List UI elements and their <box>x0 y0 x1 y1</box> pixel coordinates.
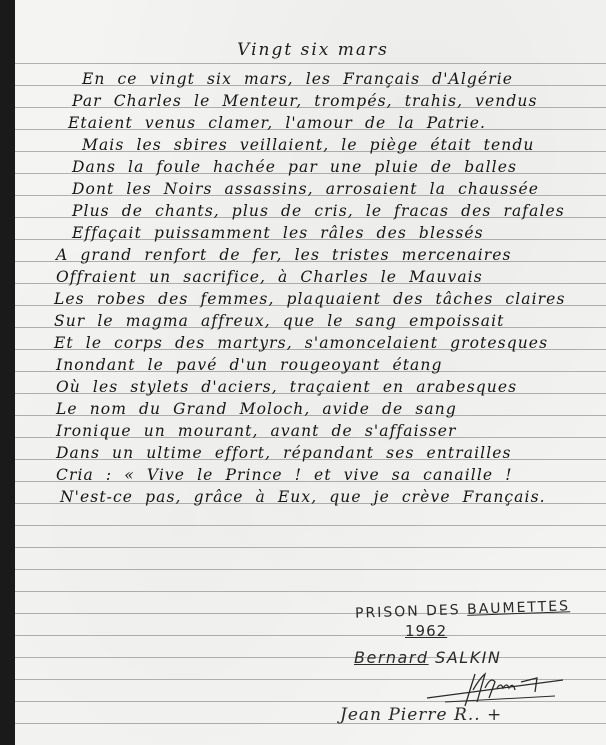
prison-label: PRISON DES BAUMETTES <box>355 598 570 621</box>
poem-line: Dans la foule hachée par une pluie de ba… <box>72 156 517 178</box>
rule-line <box>15 547 606 548</box>
rule-line <box>15 591 606 592</box>
poem-line: Les robes des femmes, plaquaient des tâc… <box>54 288 566 310</box>
poem-line: Et le corps des martyrs, s'amoncelaient … <box>54 332 548 354</box>
second-signature: Jean Pierre R.. + <box>340 705 502 725</box>
prison-prefix: PRISON DES <box>355 602 468 622</box>
prison-name: BAUMETTES <box>467 598 570 618</box>
poem-line: Sur le magma affreux, que le sang empois… <box>54 310 505 332</box>
poem-line: Cria : « Vive le Prince ! et vive sa can… <box>56 464 513 486</box>
rule-line <box>15 723 606 724</box>
poem-line: Ironique un mourant, avant de s'affaisse… <box>56 420 457 442</box>
author-last-name: SALKIN <box>435 648 501 667</box>
poem-line: Plus de chants, plus de cris, le fracas … <box>72 200 565 222</box>
poem-line: Le nom du Grand Moloch, avide de sang <box>56 398 457 420</box>
signature-scribble-icon <box>425 668 565 708</box>
poem-line: Dans un ultime effort, répandant ses ent… <box>56 442 512 464</box>
poem-line: Dont les Noirs assassins, arrosaient la … <box>72 178 539 200</box>
poem-line: N'est-ce pas, grâce à Eux, que je crève … <box>60 486 546 508</box>
poem-line: Offraient un sacrifice, à Charles le Mau… <box>56 266 483 288</box>
binding-edge <box>0 0 15 745</box>
poem-line: En ce vingt six mars, les Français d'Alg… <box>82 68 513 90</box>
rule-line <box>15 657 606 658</box>
year-label: 1962 <box>405 622 447 640</box>
rule-line <box>15 525 606 526</box>
poem-line: Effaçait puissamment les râles des bless… <box>72 222 484 244</box>
poem-line: Par Charles le Menteur, trompés, trahis,… <box>72 90 538 112</box>
author-name: Bernard SALKIN <box>354 648 501 667</box>
poem-line: Où les stylets d'aciers, traçaient en ar… <box>56 376 517 398</box>
rule-line <box>15 569 606 570</box>
rule-line <box>15 635 606 636</box>
poem-line: A grand renfort de fer, les tristes merc… <box>56 244 512 266</box>
letter-page: Vingt six mars En ce vingt six mars, les… <box>0 0 606 745</box>
poem-line: Inondant le pavé d'un rougeoyant étang <box>56 354 443 376</box>
poem-title: Vingt six mars <box>0 40 606 60</box>
poem-line: Mais les sbires veillaient, le piège éta… <box>82 134 534 156</box>
author-first-name: Bernard <box>354 648 429 667</box>
poem-line: Etaient venus clamer, l'amour de la Patr… <box>68 112 486 134</box>
rule-line <box>15 63 606 64</box>
